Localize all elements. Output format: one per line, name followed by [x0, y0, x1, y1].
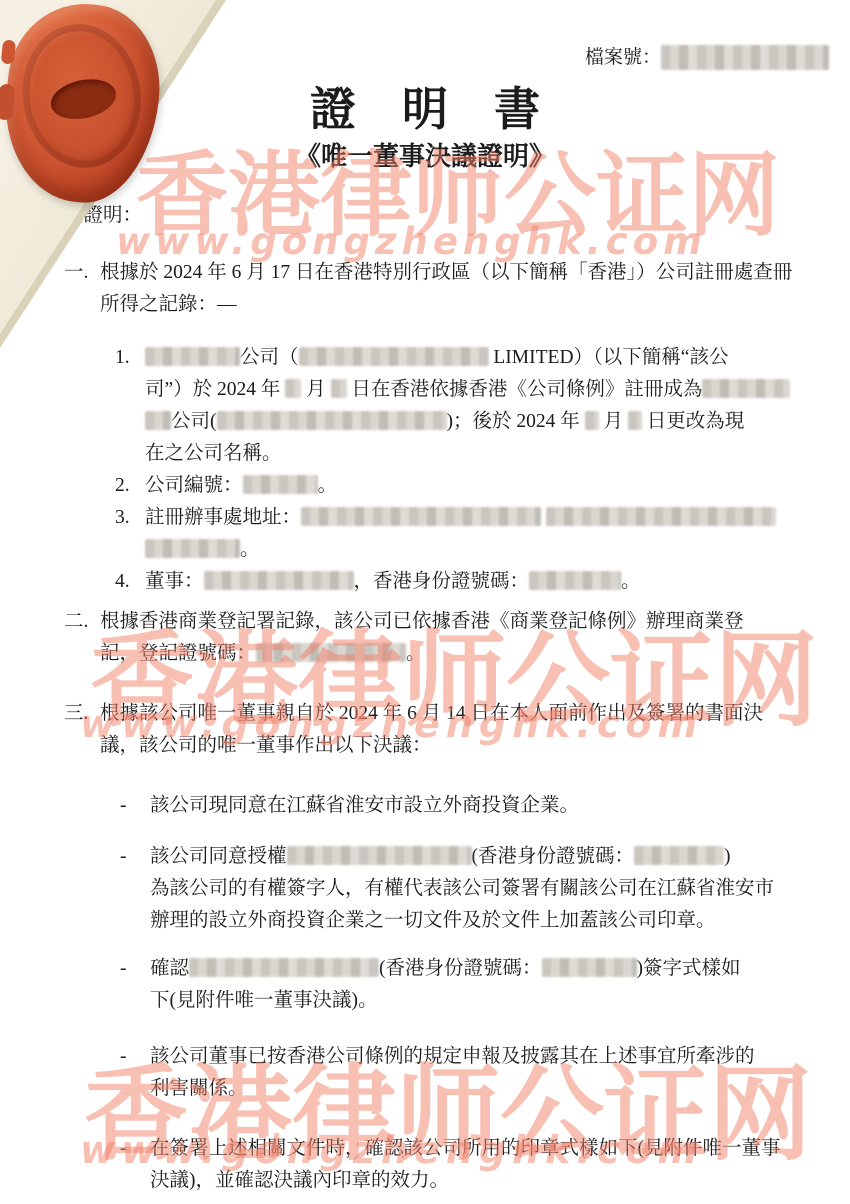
resolution-item: - 該公司同意授權(香港身份證號碼：)為該公司的有權簽字人，有權代表該公司簽署有… — [120, 841, 830, 937]
item-text: 公司編號：。 — [145, 475, 337, 496]
redacted-text — [243, 475, 318, 494]
list-item: 1. 公司（ LIMITED）（以下簡稱“該公司”）於 2024 年 月 日在香… — [115, 342, 835, 470]
item-marker: 2. — [115, 470, 130, 502]
redacted-file-number — [661, 45, 829, 70]
resolution-text: 該公司現同意在江蘇省淮安市設立外商投資企業。 — [150, 795, 579, 816]
section-marker: 二. — [64, 606, 88, 638]
section-marker: 三. — [64, 698, 88, 730]
file-number-label: 檔案號： — [585, 47, 661, 68]
wax-seal-icon — [0, 0, 168, 209]
list-item: 3. 註冊辦事處地址： 。 — [115, 502, 835, 566]
section-text: 根據於 2024 年 6 月 17 日在香港特別行政區（以下簡稱「香港」）公司註… — [100, 262, 792, 315]
resolution-item: - 該公司董事已按香港公司條例的規定申報及披露其在上述事宜所牽涉的利害關係。 — [120, 1041, 830, 1105]
section-3: 三. 根據該公司唯一董事親自於 2024 年 6 月 14 日在本人面前作出及簽… — [64, 698, 844, 762]
redacted-text — [204, 571, 354, 590]
redacted-text — [145, 539, 240, 558]
redacted-text — [256, 643, 406, 662]
redacted-text — [628, 411, 642, 430]
redacted-text — [301, 507, 541, 526]
redacted-text — [287, 846, 472, 865]
file-number-line: 檔案號： — [585, 42, 829, 74]
bullet-dash: - — [120, 953, 127, 985]
redacted-text — [585, 411, 599, 430]
resolution-text: 該公司董事已按香港公司條例的規定申報及披露其在上述事宜所牽涉的利害關係。 — [150, 1046, 755, 1099]
redacted-text — [546, 507, 776, 526]
list-item: 4. 董事：，香港身份證號碼：。 — [115, 566, 835, 598]
resolution-item: - 確認(香港身份證號碼：)簽字式樣如下(見附件唯一董事決議)。 — [120, 953, 830, 1017]
section-text: 根據該公司唯一董事親自於 2024 年 6 月 14 日在本人面前作出及簽署的書… — [100, 703, 763, 756]
item-marker: 4. — [115, 566, 130, 598]
section-marker: 一. — [64, 257, 88, 289]
redacted-text — [145, 411, 171, 430]
numbered-list: 1. 公司（ LIMITED）（以下簡稱“該公司”）於 2024 年 月 日在香… — [115, 342, 835, 598]
section-1: 一. 根據於 2024 年 6 月 17 日在香港特別行政區（以下簡稱「香港」）… — [64, 257, 844, 321]
section-text: 根據香港商業登記署記錄，該公司已依據香港《商業登記條例》辦理商業登記，登記證號碼… — [100, 611, 744, 664]
bullet-dash: - — [120, 1133, 127, 1165]
list-item: 2. 公司編號：。 — [115, 470, 835, 502]
document-page: 檔案號： 證 明 書 《唯一董事決議證明》 茲證明： 一. 根據於 2024 年… — [0, 0, 850, 1204]
resolution-text: 在簽署上述相關文件時，確認該公司所用的印章式樣如下(見附件唯一董事決議)，並確認… — [150, 1138, 781, 1191]
item-text: 公司（ LIMITED）（以下簡稱“該公司”）於 2024 年 月 日在香港依據… — [145, 347, 790, 464]
redacted-text — [285, 379, 301, 398]
section-2: 二. 根據香港商業登記署記錄，該公司已依據香港《商業登記條例》辦理商業登記，登記… — [64, 606, 844, 670]
resolution-item: - 該公司現同意在江蘇省淮安市設立外商投資企業。 — [120, 790, 830, 822]
item-text: 董事：，香港身份證號碼：。 — [145, 571, 641, 592]
bullet-dash: - — [120, 790, 127, 822]
redacted-text — [702, 379, 790, 398]
item-text: 註冊辦事處地址： 。 — [145, 507, 776, 560]
resolution-item: - 在簽署上述相關文件時，確認該公司所用的印章式樣如下(見附件唯一董事決議)，並… — [120, 1133, 830, 1197]
bullet-dash: - — [120, 841, 127, 873]
redacted-text — [634, 846, 724, 865]
resolution-text: 該公司同意授權(香港身份證號碼：)為該公司的有權簽字人，有權代表該公司簽署有關該… — [150, 846, 774, 931]
redacted-text — [145, 347, 240, 366]
item-marker: 1. — [115, 342, 130, 374]
item-marker: 3. — [115, 502, 130, 534]
redacted-text — [331, 379, 347, 398]
redacted-text — [529, 571, 621, 590]
redacted-text — [217, 411, 447, 430]
redacted-text — [299, 347, 489, 366]
redacted-text — [542, 958, 637, 977]
bullet-dash: - — [120, 1041, 127, 1073]
resolution-text: 確認(香港身份證號碼：)簽字式樣如下(見附件唯一董事決議)。 — [150, 958, 741, 1011]
redacted-text — [189, 958, 379, 977]
